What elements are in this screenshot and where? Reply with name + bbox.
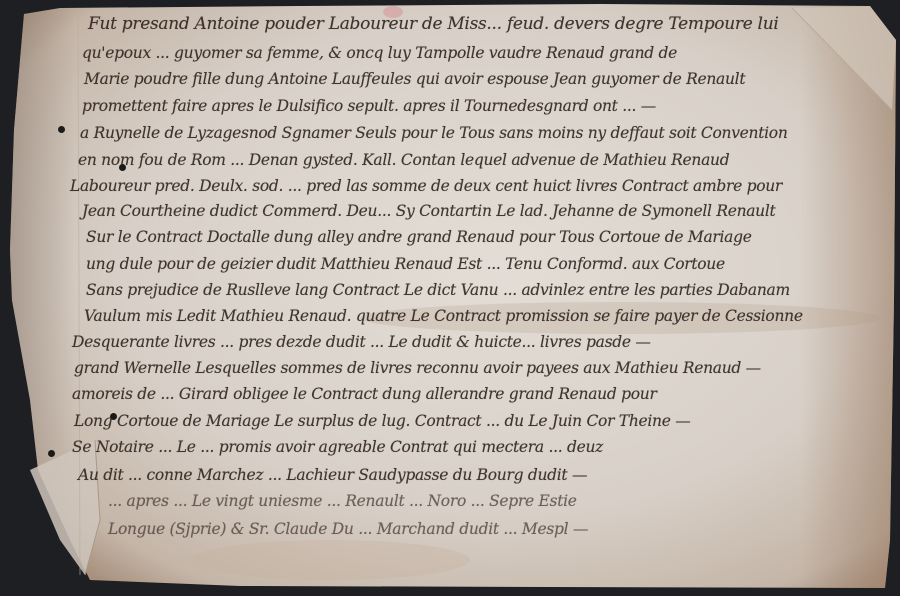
manuscript-line-17: Se Notaire ... Le ... promis avoir agrea… <box>72 438 603 456</box>
manuscript-line-14: grand Wernelle Lesquelles sommes de livr… <box>74 359 761 377</box>
manuscript-line-16: Long Cortoue de Mariage Le surplus de lu… <box>74 412 690 430</box>
manuscript-line-9: Sur le Contract Doctalle dung alley andr… <box>86 228 752 246</box>
manuscript-line-20: Longue (Sjprie) & Sr. Claude Du ... Marc… <box>108 520 588 538</box>
manuscript-line-12: Vaulum mis Ledit Mathieu Renaud. quatre … <box>84 307 803 325</box>
manuscript-line-10: ung dule pour de geizier dudit Matthieu … <box>86 255 725 273</box>
manuscript-line-2: qu'epoux ... guyomer sa femme, & oncq lu… <box>82 44 677 62</box>
manuscript-line-15: amoreis de ... Girard obligee le Contrac… <box>72 385 657 403</box>
manuscript-line-1: Fut presand Antoine pouder Laboureur de … <box>88 14 778 34</box>
manuscript-line-8: Jean Courtheine dudict Commerd. Deu... S… <box>82 202 775 220</box>
manuscript-line-6: en nom fou de Rom ... Denan gysted. Kall… <box>78 151 729 169</box>
manuscript-text-block: Fut presand Antoine pouder Laboureur de … <box>70 4 885 574</box>
manuscript-line-7: Laboureur pred. Deulx. sod. ... pred las… <box>70 177 782 195</box>
manuscript-line-11: Sans prejudice de Ruslleve lang Contract… <box>86 281 790 299</box>
punch-hole <box>48 450 55 457</box>
manuscript-line-13: Desquerante livres ... pres dezde dudit … <box>72 333 651 351</box>
manuscript-line-19: ... apres ... Le vingt uniesme ... Renau… <box>108 492 577 510</box>
manuscript-line-5: a Ruynelle de Lyzagesnod Sgnamer Seuls p… <box>80 124 788 142</box>
manuscript-line-3: Marie poudre fille dung Antoine Lauffeul… <box>84 70 745 88</box>
manuscript-line-4: promettent faire apres le Dulsifico sepu… <box>82 97 656 115</box>
punch-hole <box>58 126 65 133</box>
manuscript-line-18: Au dit ... conne Marchez ... Lachieur Sa… <box>78 466 587 484</box>
